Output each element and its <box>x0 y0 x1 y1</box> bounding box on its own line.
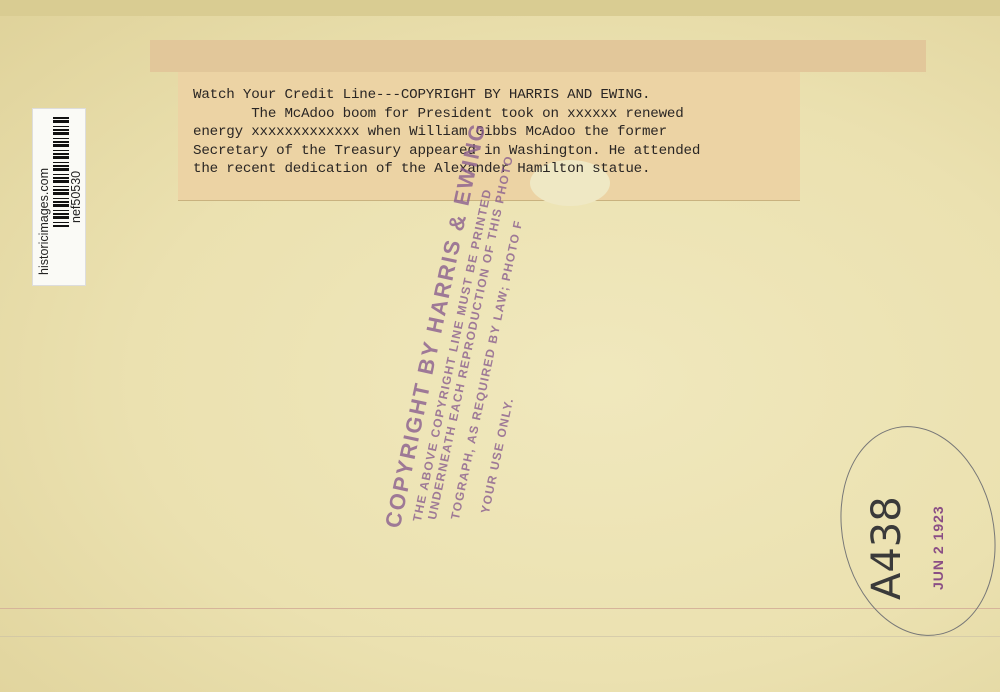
caption-line: Watch Your Credit Line---COPYRIGHT BY HA… <box>193 86 803 105</box>
caption-line: The McAdoo boom for President took on xx… <box>193 105 803 124</box>
paper-line <box>0 636 1000 637</box>
caption-line: Secretary of the Treasury appeared in Wa… <box>193 142 803 161</box>
label-site: historicimages.com <box>37 168 51 275</box>
barcode-icon <box>53 117 69 227</box>
paper-line <box>0 608 1000 609</box>
date-stamp: JUN 2 1923 <box>930 505 946 590</box>
top-edge <box>0 0 1000 16</box>
barcode-label: historicimages.com nef50530 <box>32 108 86 286</box>
label-id: nef50530 <box>69 171 83 223</box>
caption-text: Watch Your Credit Line---COPYRIGHT BY HA… <box>193 86 803 179</box>
caption-line: energy xxxxxxxxxxxxx when William Gibbs … <box>193 123 803 142</box>
handwritten-number: A438 <box>864 496 910 600</box>
tape-strip <box>150 40 926 72</box>
